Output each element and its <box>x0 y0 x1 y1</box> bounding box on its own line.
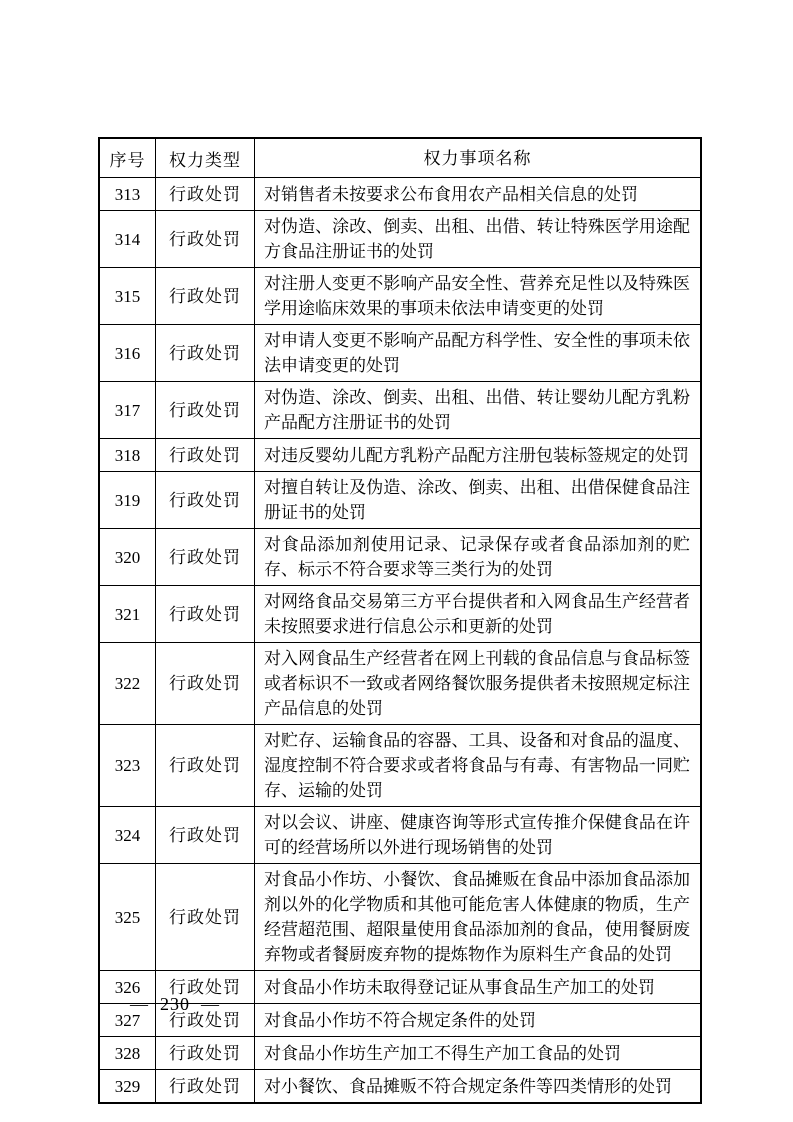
row-power-item-name: 对以会议、讲座、健康咨询等形式宣传推介保健食品在许可的经营场所以外进行现场销售的… <box>255 807 702 864</box>
row-serial-number: 321 <box>99 586 156 643</box>
row-serial-number: 319 <box>99 472 156 529</box>
table-row: 325行政处罚对食品小作坊、小餐饮、食品摊贩在食品中添加食品添加剂以外的化学物质… <box>99 864 701 971</box>
row-power-type: 行政处罚 <box>156 864 255 971</box>
row-power-type: 行政处罚 <box>156 178 255 211</box>
table-row: 318行政处罚对违反婴幼儿配方乳粉产品配方注册包装标签规定的处罚 <box>99 439 701 472</box>
table-row: 328行政处罚对食品小作坊生产加工不得生产加工食品的处罚 <box>99 1037 701 1070</box>
row-power-item-name: 对违反婴幼儿配方乳粉产品配方注册包装标签规定的处罚 <box>255 439 702 472</box>
row-power-type: 行政处罚 <box>156 586 255 643</box>
row-serial-number: 324 <box>99 807 156 864</box>
row-serial-number: 323 <box>99 725 156 807</box>
row-power-type: 行政处罚 <box>156 725 255 807</box>
table-row: 324行政处罚对以会议、讲座、健康咨询等形式宣传推介保健食品在许可的经营场所以外… <box>99 807 701 864</box>
row-power-item-name: 对食品添加剂使用记录、记录保存或者食品添加剂的贮存、标示不符合要求等三类行为的处… <box>255 529 702 586</box>
row-serial-number: 313 <box>99 178 156 211</box>
row-power-type: 行政处罚 <box>156 643 255 725</box>
table-row: 317行政处罚对伪造、涂改、倒卖、出租、出借、转让婴幼儿配方乳粉产品配方注册证书… <box>99 382 701 439</box>
row-power-type: 行政处罚 <box>156 211 255 268</box>
table-row: 321行政处罚对网络食品交易第三方平台提供者和入网食品生产经营者未按照要求进行信… <box>99 586 701 643</box>
table-row: 320行政处罚对食品添加剂使用记录、记录保存或者食品添加剂的贮存、标示不符合要求… <box>99 529 701 586</box>
table-body: 313行政处罚对销售者未按要求公布食用农产品相关信息的处罚314行政处罚对伪造、… <box>99 178 701 1104</box>
table-row: 315行政处罚对注册人变更不影响产品安全性、营养充足性以及特殊医学用途临床效果的… <box>99 268 701 325</box>
row-power-item-name: 对伪造、涂改、倒卖、出租、出借、转让婴幼儿配方乳粉产品配方注册证书的处罚 <box>255 382 702 439</box>
row-power-item-name: 对销售者未按要求公布食用农产品相关信息的处罚 <box>255 178 702 211</box>
row-serial-number: 317 <box>99 382 156 439</box>
row-serial-number: 316 <box>99 325 156 382</box>
row-power-type: 行政处罚 <box>156 807 255 864</box>
row-power-type: 行政处罚 <box>156 1070 255 1104</box>
table-row: 323行政处罚对贮存、运输食品的容器、工具、设备和对食品的温度、湿度控制不符合要… <box>99 725 701 807</box>
row-power-item-name: 对网络食品交易第三方平台提供者和入网食品生产经营者未按照要求进行信息公示和更新的… <box>255 586 702 643</box>
row-power-item-name: 对食品小作坊未取得登记证从事食品生产加工的处罚 <box>255 971 702 1004</box>
row-power-item-name: 对小餐饮、食品摊贩不符合规定条件等四类情形的处罚 <box>255 1070 702 1104</box>
row-power-type: 行政处罚 <box>156 529 255 586</box>
row-power-type: 行政处罚 <box>156 382 255 439</box>
row-power-type: 行政处罚 <box>156 268 255 325</box>
row-power-item-name: 对入网食品生产经营者在网上刊载的食品信息与食品标签或者标识不一致或者网络餐饮服务… <box>255 643 702 725</box>
table-row: 319行政处罚对擅自转让及伪造、涂改、倒卖、出租、出借保健食品注册证书的处罚 <box>99 472 701 529</box>
row-power-item-name: 对伪造、涂改、倒卖、出租、出借、转让特殊医学用途配方食品注册证书的处罚 <box>255 211 702 268</box>
row-power-item-name: 对申请人变更不影响产品配方科学性、安全性的事项未依法申请变更的处罚 <box>255 325 702 382</box>
row-serial-number: 315 <box>99 268 156 325</box>
table-row: 322行政处罚对入网食品生产经营者在网上刊载的食品信息与食品标签或者标识不一致或… <box>99 643 701 725</box>
power-items-table: 序号 权力类型 权力事项名称 313行政处罚对销售者未按要求公布食用农产品相关信… <box>98 137 702 1104</box>
row-power-type: 行政处罚 <box>156 325 255 382</box>
table-row: 329行政处罚对小餐饮、食品摊贩不符合规定条件等四类情形的处罚 <box>99 1070 701 1104</box>
row-power-type: 行政处罚 <box>156 439 255 472</box>
header-power-type: 权力类型 <box>156 138 255 178</box>
header-row: 序号 权力类型 权力事项名称 <box>99 138 701 178</box>
header-serial-number: 序号 <box>99 138 156 178</box>
row-serial-number: 325 <box>99 864 156 971</box>
row-power-item-name: 对食品小作坊生产加工不得生产加工食品的处罚 <box>255 1037 702 1070</box>
table-row: 313行政处罚对销售者未按要求公布食用农产品相关信息的处罚 <box>99 178 701 211</box>
row-serial-number: 328 <box>99 1037 156 1070</box>
page-number: — 230 — <box>130 994 220 1015</box>
row-power-item-name: 对贮存、运输食品的容器、工具、设备和对食品的温度、湿度控制不符合要求或者将食品与… <box>255 725 702 807</box>
row-power-item-name: 对食品小作坊、小餐饮、食品摊贩在食品中添加食品添加剂以外的化学物质和其他可能危害… <box>255 864 702 971</box>
header-power-item-name: 权力事项名称 <box>255 138 702 178</box>
table-header: 序号 权力类型 权力事项名称 <box>99 138 701 178</box>
row-serial-number: 329 <box>99 1070 156 1104</box>
row-power-type: 行政处罚 <box>156 472 255 529</box>
table-row: 316行政处罚对申请人变更不影响产品配方科学性、安全性的事项未依法申请变更的处罚 <box>99 325 701 382</box>
table-row: 314行政处罚对伪造、涂改、倒卖、出租、出借、转让特殊医学用途配方食品注册证书的… <box>99 211 701 268</box>
row-power-type: 行政处罚 <box>156 1037 255 1070</box>
row-power-item-name: 对食品小作坊不符合规定条件的处罚 <box>255 1004 702 1037</box>
row-serial-number: 314 <box>99 211 156 268</box>
row-serial-number: 318 <box>99 439 156 472</box>
row-serial-number: 320 <box>99 529 156 586</box>
row-serial-number: 322 <box>99 643 156 725</box>
row-power-item-name: 对擅自转让及伪造、涂改、倒卖、出租、出借保健食品注册证书的处罚 <box>255 472 702 529</box>
row-power-item-name: 对注册人变更不影响产品安全性、营养充足性以及特殊医学用途临床效果的事项未依法申请… <box>255 268 702 325</box>
